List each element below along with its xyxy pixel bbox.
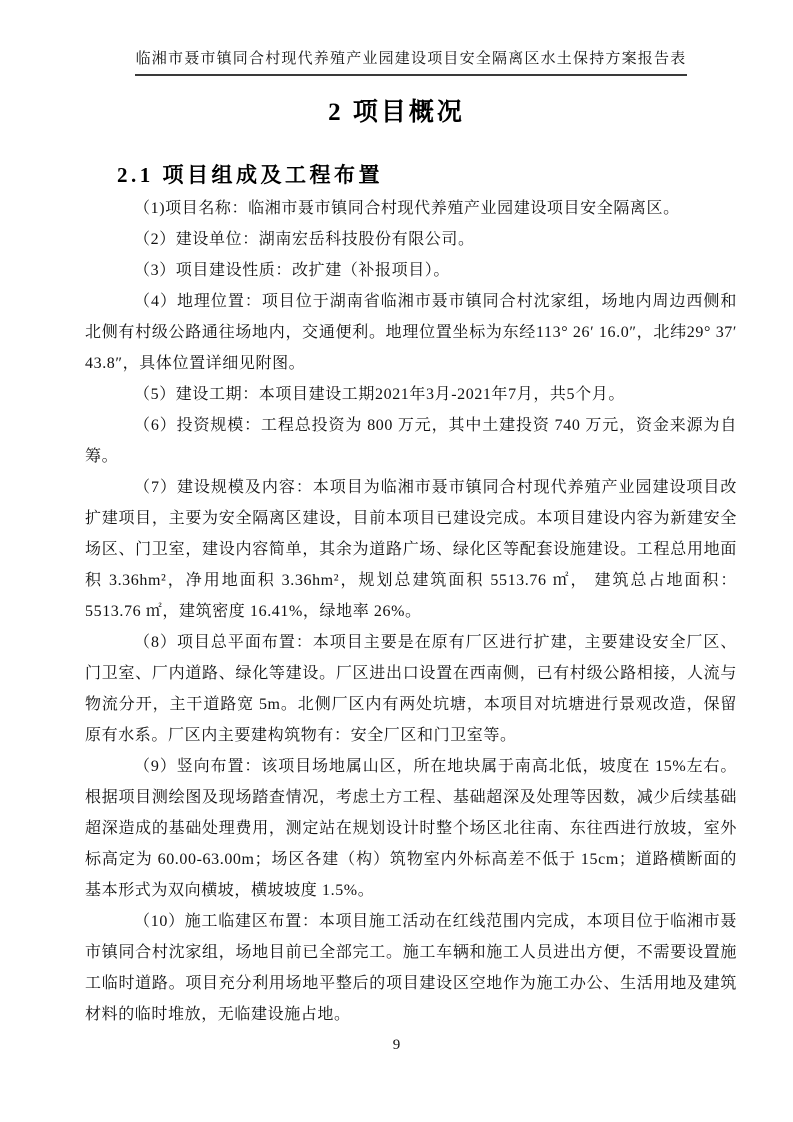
document-page: 临湘市聂市镇同合村现代养殖产业园建设项目安全隔离区水土保持方案报告表 2 项目概… <box>0 0 793 1122</box>
paragraph-general-layout: （8）项目总平面布置：本项目主要是在原有厂区进行扩建，主要建设安全厂区、门卫室、… <box>85 627 737 751</box>
page-header: 临湘市聂市镇同合村现代养殖产业园建设项目安全隔离区水土保持方案报告表 <box>85 47 737 76</box>
paragraph-vertical-layout: （9）竖向布置：该项目场地属山区，所在地块属于南高北低，坡度在 15%左右。根据… <box>85 751 737 906</box>
page-number: 9 <box>0 1037 793 1054</box>
paragraph-project-nature: （3）项目建设性质：改扩建（补报项目）。 <box>85 255 737 286</box>
paragraph-temporary-area: （10）施工临建区布置：本项目施工活动在红线范围内完成，本项目位于临湘市聂市镇同… <box>85 906 737 1030</box>
paragraph-geographic-location: （4）地理位置：项目位于湖南省临湘市聂市镇同合村沈家组，场地内周边西侧和北侧有村… <box>85 286 737 379</box>
paragraph-construction-period: （5）建设工期：本项目建设工期2021年3月-2021年7月，共5个月。 <box>85 379 737 410</box>
paragraph-project-name: （1)项目名称：临湘市聂市镇同合村现代养殖产业园建设项目安全隔离区。 <box>85 193 737 224</box>
body-text: （1)项目名称：临湘市聂市镇同合村现代养殖产业园建设项目安全隔离区。 （2）建设… <box>85 193 737 1030</box>
page-header-text: 临湘市聂市镇同合村现代养殖产业园建设项目安全隔离区水土保持方案报告表 <box>135 47 688 76</box>
chapter-title: 2 项目概况 <box>0 92 793 128</box>
paragraph-investment-scale: （6）投资规模：工程总投资为 800 万元，其中土建投资 740 万元，资金来源… <box>85 410 737 472</box>
section-heading: 2.1 项目组成及工程布置 <box>117 159 383 189</box>
paragraph-scale-and-content: （7）建设规模及内容：本项目为临湘市聂市镇同合村现代养殖产业园建设项目改扩建项目… <box>85 472 737 627</box>
paragraph-construction-unit: （2）建设单位：湖南宏岳科技股份有限公司。 <box>85 224 737 255</box>
